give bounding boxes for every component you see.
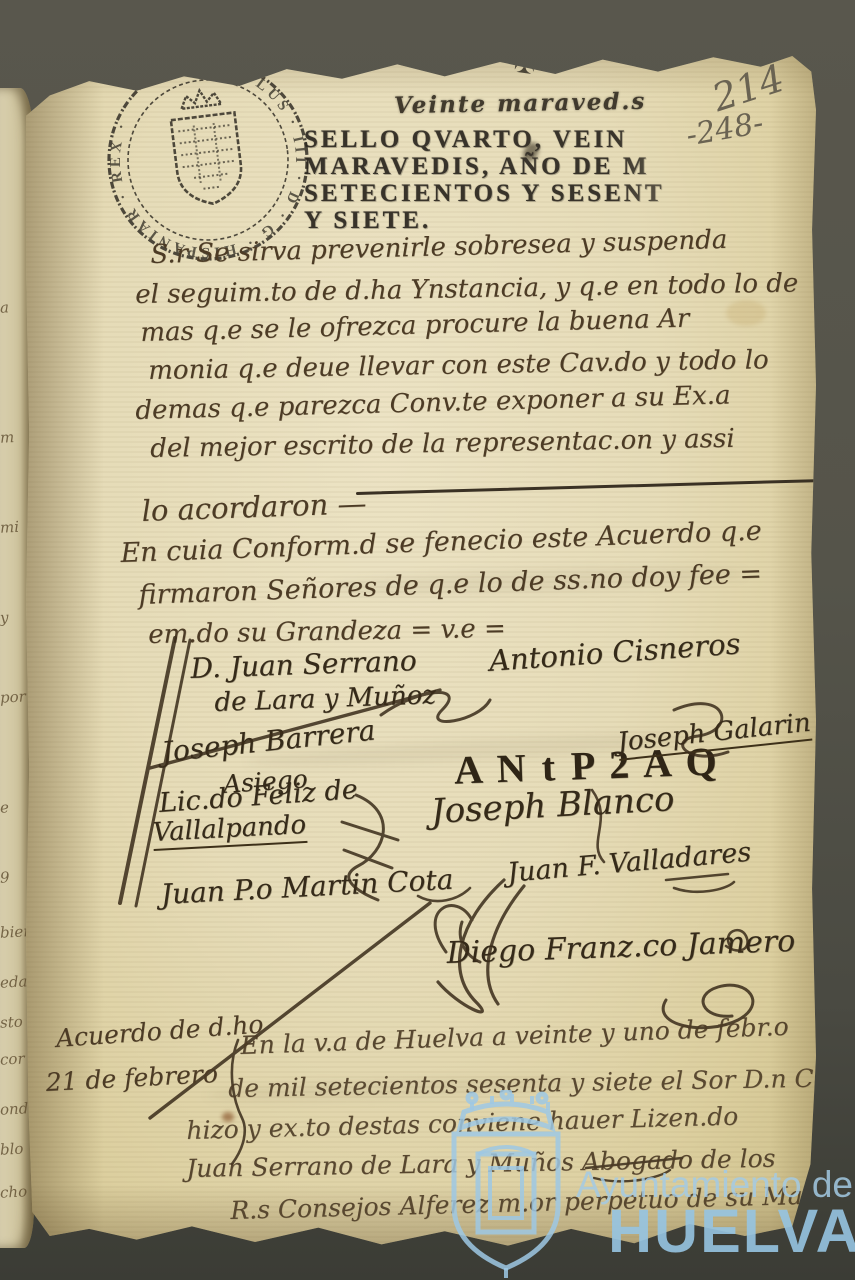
watermark-title: HUELVA xyxy=(608,1196,855,1266)
facing-text-fragment: cor xyxy=(0,1049,28,1068)
facing-text-fragment: e xyxy=(0,797,28,816)
facing-text-fragment: cho xyxy=(0,1182,28,1201)
huelva-crest-watermark xyxy=(430,1090,582,1280)
facing-text-fragment: m xyxy=(0,427,28,446)
facing-text-fragment: 9 xyxy=(0,867,28,886)
facing-text-fragment: bien xyxy=(0,922,28,941)
facing-text-fragment: blo xyxy=(0,1139,28,1158)
facing-text-fragment: edad xyxy=(0,972,28,991)
manuscript-scan: a m mi y por e 9 bien edad sto cor ondo … xyxy=(0,0,855,1280)
facing-text-fragment: a xyxy=(0,297,28,316)
facing-text-fragment: y xyxy=(0,607,28,626)
facing-text-fragment: por xyxy=(0,687,28,706)
manuscript-page: ✠ Veinte maraved.s SELLO QVARTO, VEIN MA… xyxy=(26,50,816,1248)
facing-text-fragment: mi xyxy=(0,517,28,536)
facing-text-fragment: sto xyxy=(0,1012,28,1031)
facing-text-fragment: ondo xyxy=(0,1099,28,1118)
